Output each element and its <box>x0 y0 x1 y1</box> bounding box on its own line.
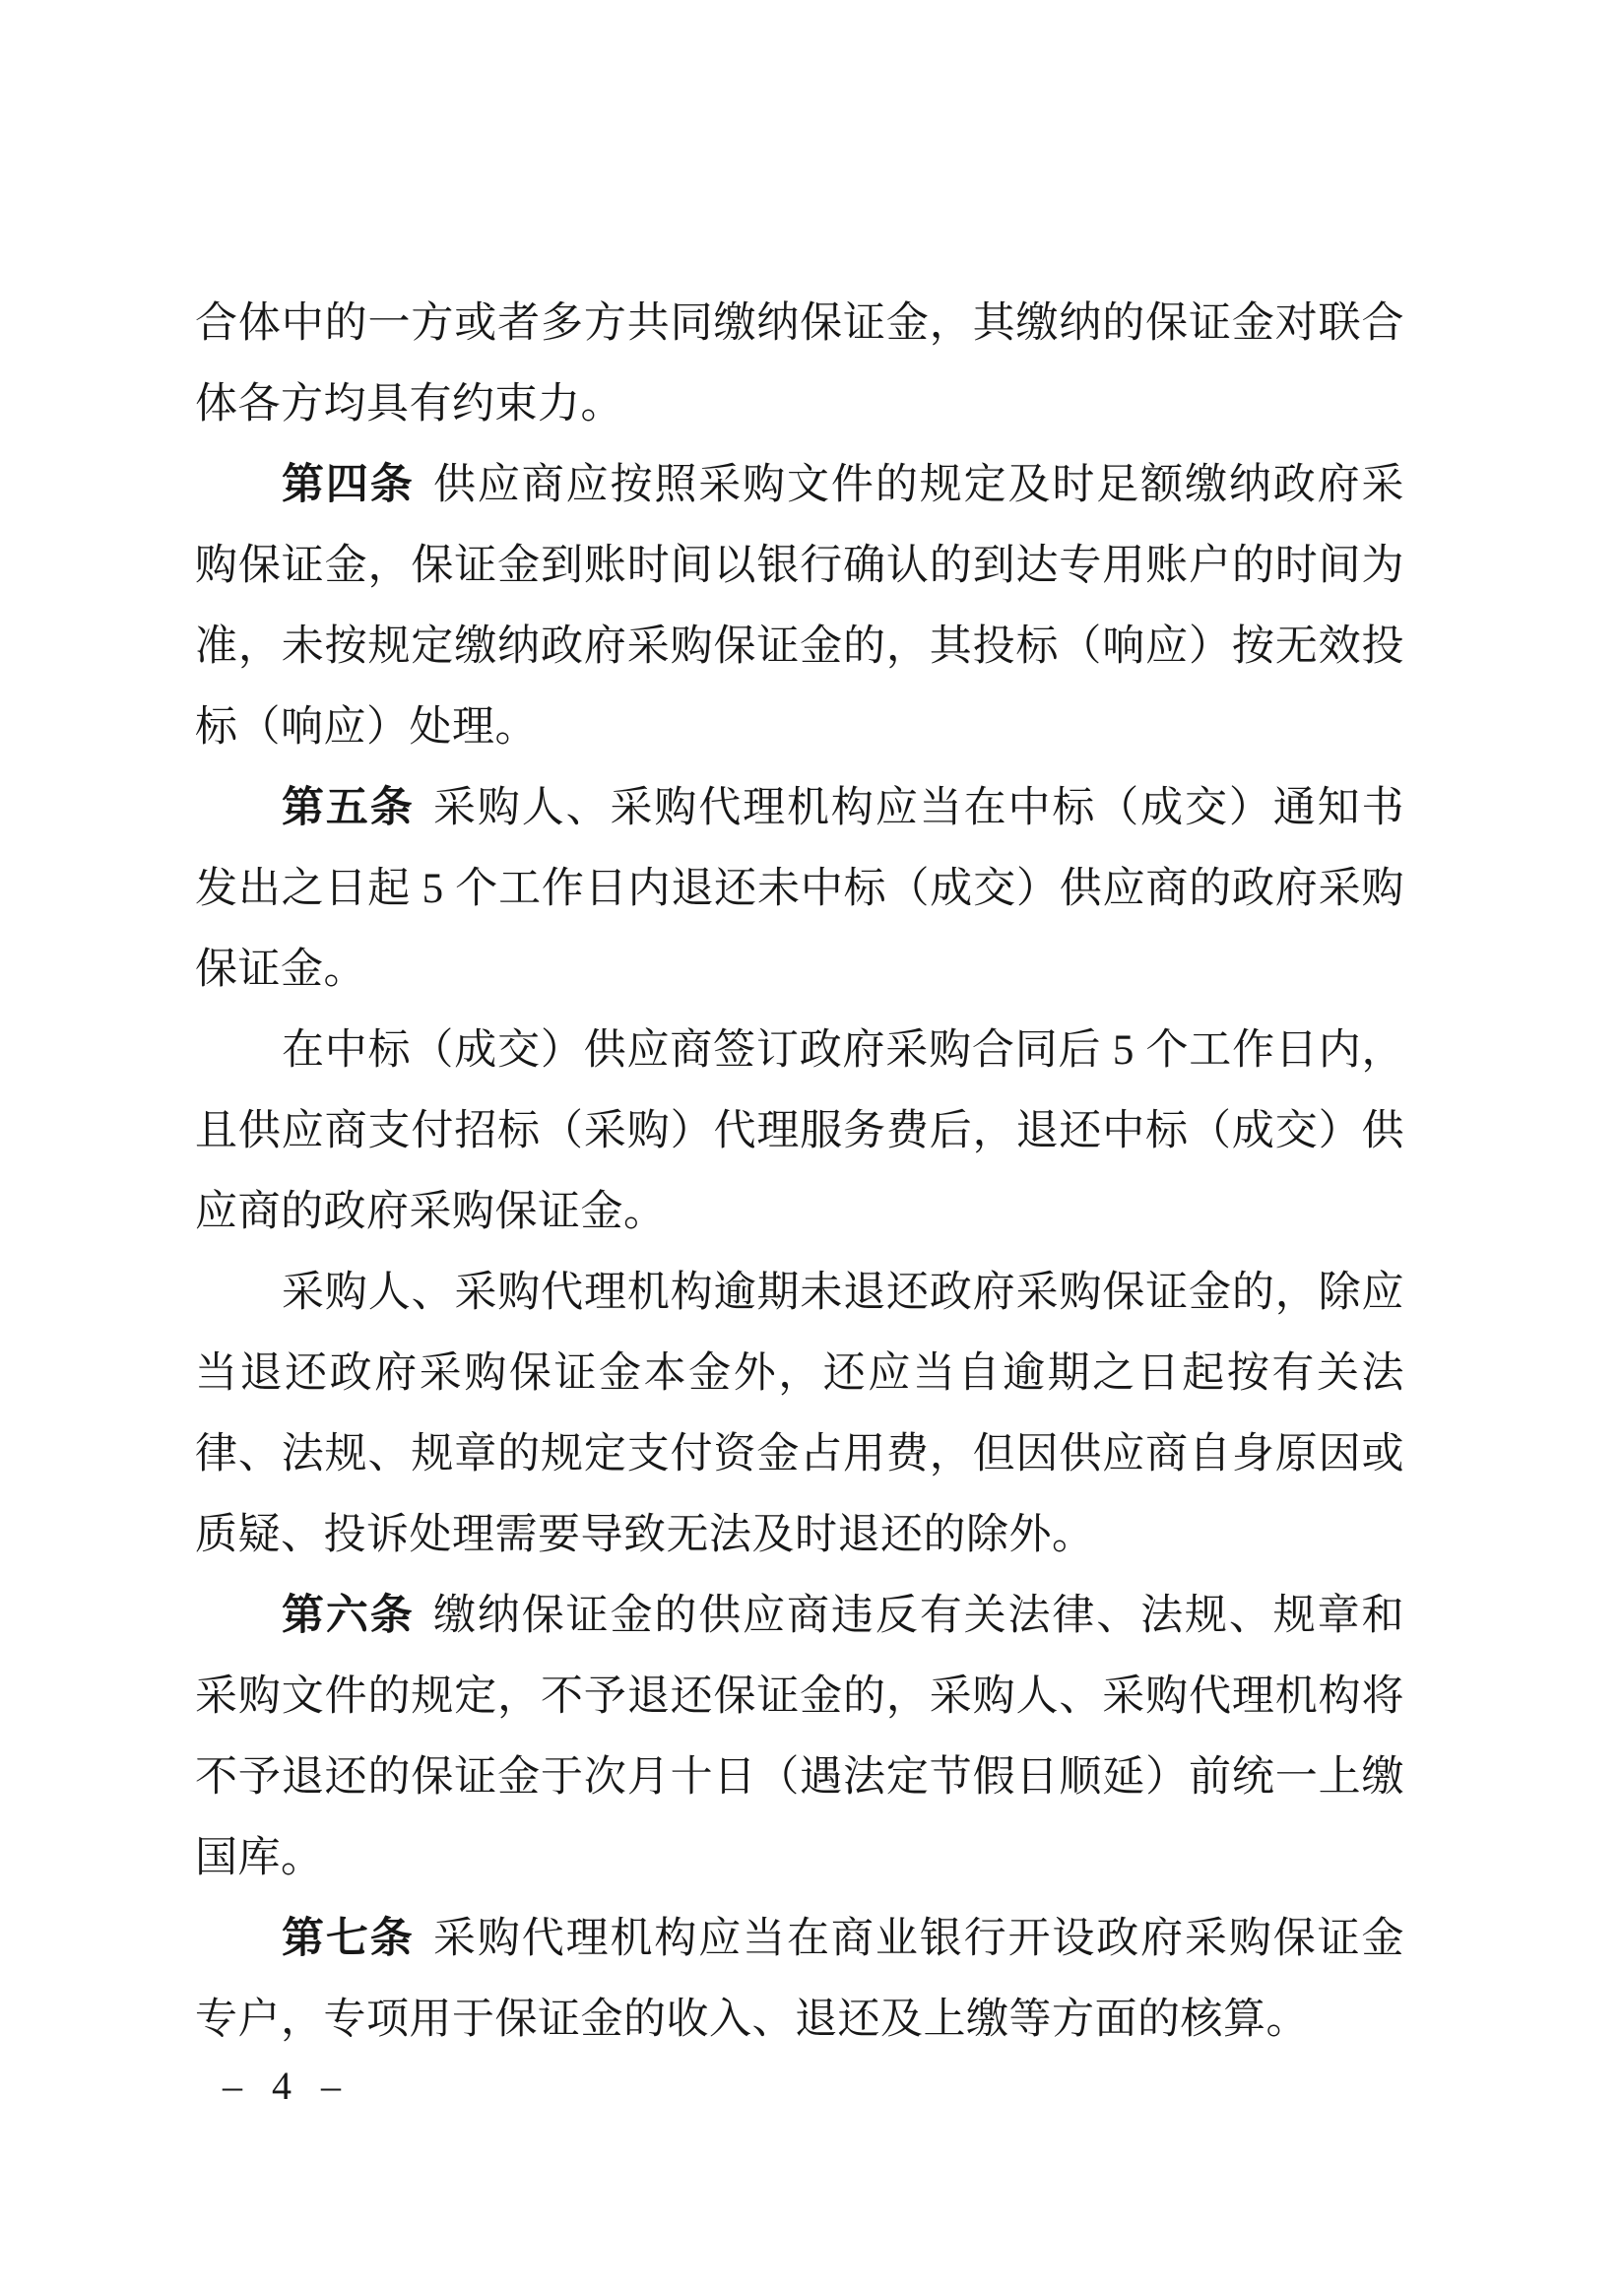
clause-7-label: 第七条 <box>282 1916 415 1962</box>
paragraph-text: 合体中的一方或者多方共同缴纳保证金，其缴纳的保证金对联合体各方均具有约束力。 <box>195 300 1404 427</box>
document-body: 合体中的一方或者多方共同缴纳保证金，其缴纳的保证金对联合体各方均具有约束力。 第… <box>195 284 1404 2061</box>
paragraph-text: 采购人、采购代理机构逾期未退还政府采购保证金的，除应当退还政府采购保证金本金外，… <box>195 1270 1404 1558</box>
clause-4-label: 第四条 <box>282 462 415 508</box>
clause-5-paragraph-3: 采购人、采购代理机构逾期未退还政府采购保证金的，除应当退还政府采购保证金本金外，… <box>195 1253 1404 1576</box>
clause-7-paragraph: 第七条采购代理机构应当在商业银行开设政府采购保证金专户，专项用于保证金的收入、退… <box>195 1899 1404 2061</box>
paragraph-continuation: 合体中的一方或者多方共同缴纳保证金，其缴纳的保证金对联合体各方均具有约束力。 <box>195 284 1404 445</box>
paragraph-text: 在中标（成交）供应商签订政府采购合同后 5 个工作日内，且供应商支付招标（采购）… <box>195 1027 1404 1235</box>
clause-5-label: 第五条 <box>282 785 415 831</box>
page-number: – 4 – <box>223 2063 344 2110</box>
clause-6-label: 第六条 <box>282 1593 415 1639</box>
clause-4-paragraph: 第四条供应商应按照采购文件的规定及时足额缴纳政府采购保证金，保证金到账时间以银行… <box>195 445 1404 768</box>
document-page: 合体中的一方或者多方共同缴纳保证金，其缴纳的保证金对联合体各方均具有约束力。 第… <box>0 0 1621 2296</box>
clause-5-paragraph-2: 在中标（成交）供应商签订政府采购合同后 5 个工作日内，且供应商支付招标（采购）… <box>195 1011 1404 1253</box>
clause-6-paragraph: 第六条缴纳保证金的供应商违反有关法律、法规、规章和采购文件的规定，不予退还保证金… <box>195 1576 1404 1899</box>
clause-5-paragraph: 第五条采购人、采购代理机构应当在中标（成交）通知书发出之日起 5 个工作日内退还… <box>195 768 1404 1011</box>
